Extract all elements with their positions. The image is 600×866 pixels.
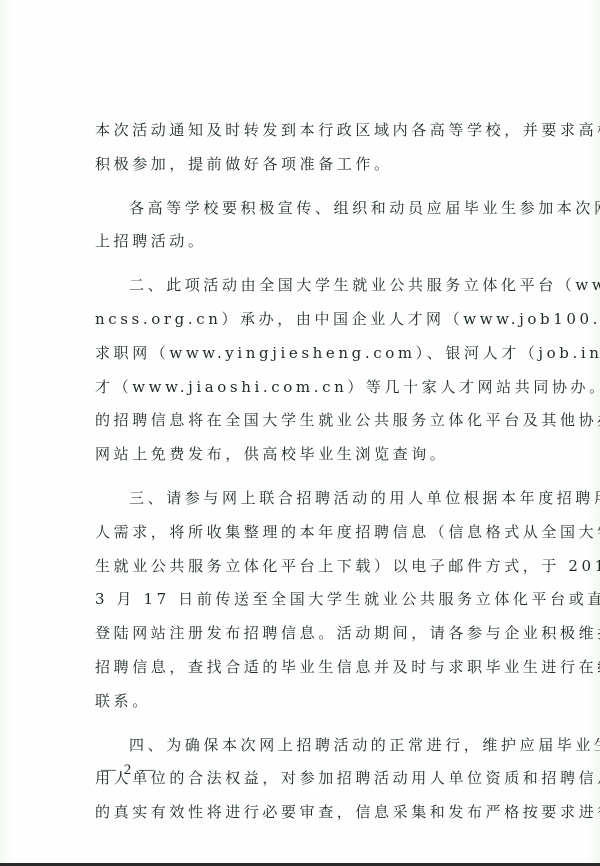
paragraph-item-four: 四、为确保本次网上招聘活动的正常进行，维护应届毕业生和 用人单位的合法权益，对参… — [95, 729, 515, 830]
text-line: 积极参加，提前做好各项准备工作。 — [95, 148, 515, 182]
text-line: 人需求，将所收集整理的本年度招聘信息（信息格式从全国大学 — [95, 516, 515, 550]
text-line: 用人单位的合法权益，对参加招聘活动用人单位资质和招聘信息 — [95, 762, 515, 796]
page-number: — 2 — — [101, 762, 156, 779]
text-line: 二、此项活动由全国大学生就业公共服务立体化平台（www. — [95, 269, 515, 303]
text-line: 的招聘信息将在全国大学生就业公共服务立体化平台及其他协办 — [95, 404, 515, 438]
text-line: 生就业公共服务立体化平台上下载）以电子邮件方式，于 2012 年 — [95, 550, 515, 584]
text-line: ncss.org.cn）承办，由中国企业人才网（www.job100.com）、… — [95, 303, 515, 337]
text-line: 上招聘活动。 — [95, 225, 515, 259]
text-line: 联系。 — [95, 685, 515, 719]
document-page: 本次活动通知及时转发到本行政区域内各高等学校，并要求高校 积极参加，提前做好各项… — [0, 0, 600, 866]
text-line: 才（www.jiaoshi.com.cn）等几十家人才网站共同协办。用人单位 — [95, 371, 515, 405]
paragraph-continuation: 本次活动通知及时转发到本行政区域内各高等学校，并要求高校 积极参加，提前做好各项… — [95, 114, 515, 182]
paragraph-item-two: 二、此项活动由全国大学生就业公共服务立体化平台（www. ncss.org.cn… — [95, 269, 515, 472]
text-line: 四、为确保本次网上招聘活动的正常进行，维护应届毕业生和 — [95, 729, 515, 763]
text-line: 本次活动通知及时转发到本行政区域内各高等学校，并要求高校 — [95, 114, 515, 148]
text-line: 三、请参与网上联合招聘活动的用人单位根据本年度招聘用 — [95, 482, 515, 516]
paragraph-schools: 各高等学校要积极宣传、组织和动员应届毕业生参加本次网 上招聘活动。 — [95, 192, 515, 260]
text-line: 求职网（www.yingjiesheng.com）、银河人才（job.inhe.… — [95, 337, 515, 371]
document-body: 本次活动通知及时转发到本行政区域内各高等学校，并要求高校 积极参加，提前做好各项… — [95, 114, 515, 830]
text-line: 3 月 17 日前传送至全国大学生就业公共服务立体化平台或直接 — [95, 583, 515, 617]
text-line: 登陆网站注册发布招聘信息。活动期间，请各参与企业积极维护 — [95, 617, 515, 651]
text-line: 的真实有效性将进行必要审查，信息采集和发布严格按要求进行， — [95, 796, 515, 830]
text-line: 各高等学校要积极宣传、组织和动员应届毕业生参加本次网 — [95, 192, 515, 226]
paragraph-item-three: 三、请参与网上联合招聘活动的用人单位根据本年度招聘用 人需求，将所收集整理的本年… — [95, 482, 515, 719]
text-line: 招聘信息，查找合适的毕业生信息并及时与求职毕业生进行在线 — [95, 651, 515, 685]
text-line: 网站上免费发布，供高校毕业生浏览查询。 — [95, 438, 515, 472]
